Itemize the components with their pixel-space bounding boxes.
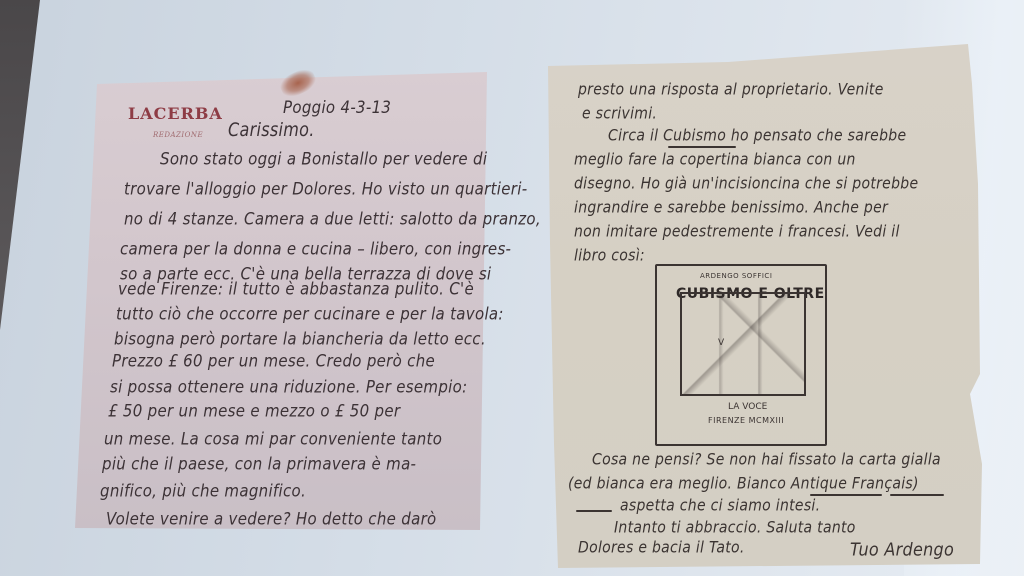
right-letter-line: non imitare pedestremente i francesi. Ve… [574,223,900,241]
right-letter-line: ingrandire e sarebbe benissimo. Anche pe… [574,199,888,217]
left-letter-line: camera per la donna e cucina – libero, c… [120,239,511,260]
cover-author: ARDENGO SOFFICI [700,272,772,280]
left-letter-line: gnifico, più che magnifico. [100,481,306,502]
left-letter-line: un mese. La cosa mi par conveniente tant… [104,429,442,450]
right-letter-line: Intanto ti abbraccio. Saluta tanto [614,519,856,537]
letter-signature: Tuo Ardengo [850,539,954,560]
underline-antique [810,494,882,496]
left-letter-line: Volete venire a vedere? Ho detto che dar… [106,509,437,530]
left-letter-line: trovare l'alloggio per Dolores. Ho visto… [124,179,527,200]
underline-francais [890,494,944,496]
right-letter-line: presto una risposta al proprietario. Ven… [578,81,884,99]
letter-date: Poggio 4-3-13 [283,97,391,118]
right-letter-line: e scrivimi. [582,105,657,123]
cover-publisher: LA VOCE [728,402,767,412]
underline-cubismo [668,146,736,148]
right-letter-line: Circa il Cubismo ho pensato che sarebbe [608,127,906,145]
left-letter-line: più che il paese, con la primavera è ma- [102,454,416,475]
left-letter-line: no di 4 stanze. Camera a due letti: salo… [124,209,541,230]
right-letter-line: (ed bianca era meglio. Bianco Antique Fr… [568,475,919,493]
right-letter-line: meglio fare la copertina bianca con un [574,151,856,169]
right-letter-line: disegno. Ho già un'incisioncina che si p… [574,175,918,193]
left-letter-line: tutto ciò che occorre per cucinare e per… [116,304,504,325]
right-letter-line: Cosa ne pensi? Se non hai fissato la car… [592,451,941,469]
right-letter-line: aspetta che ci siamo intesi. [620,497,820,515]
background-dark-edge [0,0,40,576]
cover-drawing-mark: V [718,338,724,348]
letter-salutation: Carissimo. [228,119,315,141]
cover-cubist-drawing [680,292,806,396]
left-letter-line: Sono stato oggi a Bonistallo per vedere … [160,149,487,170]
strikethrough [576,510,612,512]
letterhead-title: LACERBA [128,104,223,123]
left-letter-line: Prezzo £ 60 per un mese. Credo però che [112,351,435,372]
left-letter-line: si possa ottenere una riduzione. Per ese… [110,377,467,398]
left-letter-line: £ 50 per un mese e mezzo o £ 50 per [108,401,400,422]
cover-city: FIRENZE MCMXIII [708,416,784,425]
left-letter-line: vede Firenze: il tutto è abbastanza puli… [118,279,474,300]
letterhead-subtitle: REDAZIONE [153,131,203,139]
left-letter-line: bisogna però portare la biancheria da le… [114,329,486,350]
right-letter-line: Dolores e bacia il Tato. [578,539,745,557]
right-letter-line: libro così: [574,247,645,265]
